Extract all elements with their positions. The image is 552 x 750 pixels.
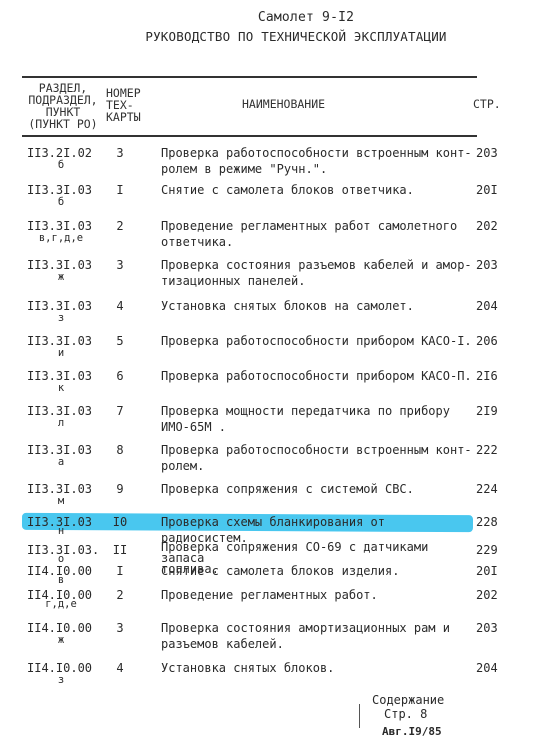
- tech-card-number: 8: [110, 442, 130, 458]
- subsection-letters: г,д,е: [27, 598, 95, 610]
- manual-title: РУКОВОДСТВО ПО ТЕХНИЧЕСКОЙ ЭКСПЛУАТАЦИИ: [20, 29, 552, 44]
- column-header-name: НАИМЕНОВАНИЕ: [242, 98, 325, 110]
- aircraft-title: Самолет 9-I2: [30, 10, 552, 25]
- item-name: Снятие с самолета блоков ответчика.: [161, 182, 473, 198]
- subsection-letters: з: [27, 312, 95, 324]
- page-number: 203: [476, 620, 498, 636]
- item-name: Установка снятых блоков на самолет.: [161, 298, 473, 314]
- subsection-letters: ж: [27, 271, 95, 283]
- item-name: Проверка состояния разъемов кабелей и ам…: [161, 257, 473, 289]
- tech-card-number: 5: [110, 333, 130, 349]
- page-number: 203: [476, 257, 498, 273]
- item-name: Снятие с самолета блоков изделия.: [161, 563, 473, 579]
- item-name: Проверка сопряжения с системой СВС.: [161, 481, 473, 497]
- item-name: Проверка работоспособности прибором КАСО…: [161, 368, 473, 384]
- page-number: 202: [476, 587, 498, 603]
- page-number: 2I9: [476, 403, 498, 419]
- tech-card-number: 4: [110, 660, 130, 676]
- footer-divider: [359, 704, 360, 728]
- tech-card-number: I: [110, 182, 130, 198]
- item-name: Проверка работоспособности встроенным ко…: [161, 442, 473, 474]
- tech-card-number: 6: [110, 368, 130, 384]
- tech-card-number: II: [110, 542, 130, 558]
- item-name: Проведение регламентных работ самолетног…: [161, 218, 473, 250]
- page-number: 204: [476, 660, 498, 676]
- page-number: 228: [476, 514, 498, 530]
- tech-card-number: 2: [110, 587, 130, 603]
- page-number: 20I: [476, 182, 498, 198]
- tech-card-number: 3: [110, 257, 130, 273]
- tech-card-number: 9: [110, 481, 130, 497]
- table-header-rule: [22, 135, 477, 137]
- table-top-rule: [22, 76, 477, 78]
- tech-card-number: I: [110, 563, 130, 579]
- subsection-letters: з: [27, 674, 95, 686]
- page-number: 20I: [476, 563, 498, 579]
- tech-card-number: I0: [110, 514, 130, 530]
- footer-date: Авг.I9/85: [382, 725, 442, 739]
- subsection-letters: в,г,д,е: [27, 232, 95, 244]
- footer-page-number: Стр. 8: [384, 707, 427, 721]
- subsection-letters: в: [27, 574, 95, 586]
- page-number: 222: [476, 442, 498, 458]
- subsection-letters: ж: [27, 634, 95, 646]
- tech-card-number: 3: [110, 620, 130, 636]
- item-name: Проверка состояния амортизационных рам и…: [161, 620, 473, 652]
- page-number: 204: [476, 298, 498, 314]
- column-header-page: СТР.: [473, 98, 501, 110]
- tech-card-number: 7: [110, 403, 130, 419]
- subsection-letters: к: [27, 382, 95, 394]
- column-header-section: РАЗДЕЛ, ПОДРАЗДЕЛ, ПУНКТ (ПУНКТ РО): [22, 82, 104, 130]
- subsection-letters: л: [27, 417, 95, 429]
- document-page: Самолет 9-I2 РУКОВОДСТВО ПО ТЕХНИЧЕСКОЙ …: [0, 0, 552, 750]
- page-number: 202: [476, 218, 498, 234]
- page-number: 229: [476, 542, 498, 558]
- item-name: Проверка работоспособности прибором КАСО…: [161, 333, 473, 349]
- item-name: Проверка мощности передатчика по прибору…: [161, 403, 473, 435]
- item-name: Установка снятых блоков.: [161, 660, 473, 676]
- page-number: 224: [476, 481, 498, 497]
- page-number: 203: [476, 145, 498, 161]
- column-header-card: НОМЕР ТЕХ- КАРТЫ: [106, 87, 156, 123]
- subsection-letters: и: [27, 347, 95, 359]
- page-number: 206: [476, 333, 498, 349]
- subsection-letters: б: [27, 196, 95, 208]
- subsection-letters: н: [27, 525, 95, 537]
- tech-card-number: 4: [110, 298, 130, 314]
- subsection-letters: м: [27, 495, 95, 507]
- subsection-letters: а: [27, 456, 95, 468]
- item-name: Проверка работоспособности встроенным ко…: [161, 145, 473, 177]
- tech-card-number: 2: [110, 218, 130, 234]
- footer-section-label: Содержание: [372, 693, 444, 707]
- item-name: Проведение регламентных работ.: [161, 587, 473, 603]
- subsection-letters: б: [27, 159, 95, 171]
- page-number: 2I6: [476, 368, 498, 384]
- tech-card-number: 3: [110, 145, 130, 161]
